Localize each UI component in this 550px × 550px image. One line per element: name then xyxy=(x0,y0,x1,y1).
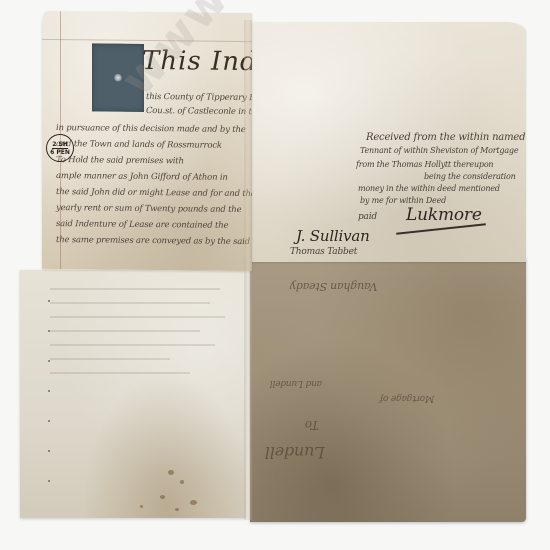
receipt-line: from the Thomas Hollytt thereupon xyxy=(356,160,493,169)
paid-prefix: paid xyxy=(358,212,377,222)
document-photo: Vaughan Steady and Lundell Mortgage of T… xyxy=(0,0,550,550)
faded-text-line xyxy=(50,372,190,374)
stitch-hole xyxy=(48,360,50,362)
indenture-line: said Indenture of Lease are contained th… xyxy=(56,219,228,231)
embossed-seal-icon xyxy=(114,74,122,82)
indenture-line: To Hold the said premises with xyxy=(56,155,184,166)
stitch-hole xyxy=(48,420,50,422)
duty-stamp: 2 SH 6 PEN xyxy=(46,134,74,162)
endorsement-text: Vaughan Steady xyxy=(290,280,377,293)
indenture-line: and the Town and lands of Rossmurrock xyxy=(56,139,222,151)
witness-signature: Thomas Tabbet xyxy=(290,247,357,257)
faded-text-line xyxy=(50,288,220,290)
foxing-spot xyxy=(168,470,174,475)
stitch-hole xyxy=(48,300,50,302)
endorsement-text: Lundell xyxy=(265,443,325,462)
indenture-heading: This Indenture xyxy=(142,46,252,78)
signature-main: Lukmore xyxy=(406,205,482,225)
stitch-hole xyxy=(48,390,50,392)
margin-rule xyxy=(42,39,252,42)
faded-text-line xyxy=(50,316,225,318)
indenture-line: this County of Tipperary Esquire xyxy=(146,92,252,103)
indenture-line: in pursuance of this decision made and b… xyxy=(56,123,246,135)
stitch-hole xyxy=(48,330,50,332)
endorsement-text: To xyxy=(305,418,319,432)
blue-tax-stamp xyxy=(92,43,144,112)
endorsement-text: Mortgage of xyxy=(380,393,434,403)
parchment-panel-indenture: This Indenture this County of Tipperary … xyxy=(42,11,252,271)
foxing-spot xyxy=(180,480,184,484)
duty-stamp-pence: 6 PEN xyxy=(50,149,70,156)
receipt-line: by me for within Deed xyxy=(360,196,446,205)
parchment-panel-dorse: Vaughan Steady and Lundell Mortgage of T… xyxy=(250,258,526,522)
center-fold-seam xyxy=(244,20,252,520)
stitch-hole xyxy=(48,480,50,482)
foxing-spot xyxy=(160,495,165,499)
receipt-line: money in the within deed mentioned xyxy=(358,184,500,193)
indenture-line: ample manner as John Gifford of Athon in xyxy=(56,171,228,183)
faded-text-line xyxy=(50,358,170,360)
faded-text-line xyxy=(50,302,210,304)
stitch-hole xyxy=(48,450,50,452)
receipt-line: Tennant of within Sheviston of Mortgage xyxy=(360,146,518,155)
indenture-line: the said John did or might Lease and for… xyxy=(56,187,252,199)
foxing-spot xyxy=(175,508,179,511)
witness-signature: J. Sullivan xyxy=(296,227,370,245)
parchment-panel-bottom-left xyxy=(20,270,246,518)
indenture-line: the same premises are conveyed as by the… xyxy=(56,235,250,247)
faded-text-line xyxy=(50,330,200,332)
duty-stamp-shillings: 2 SH xyxy=(52,141,68,149)
receipt-line: Received from the within named xyxy=(366,132,525,143)
foxing-spot xyxy=(190,500,197,505)
foxing-spot xyxy=(140,505,143,508)
indenture-line: Cou.st. of Castleconle in the xyxy=(146,106,252,117)
endorsement-text: and Lundell xyxy=(270,378,322,388)
receipt-line: being the consideration xyxy=(424,172,516,181)
indenture-line: yearly rent or sum of Twenty pounds and … xyxy=(56,203,241,215)
faded-text-line xyxy=(50,344,215,346)
parchment-panel-receipt: Received from the within named Tennant o… xyxy=(248,22,526,262)
